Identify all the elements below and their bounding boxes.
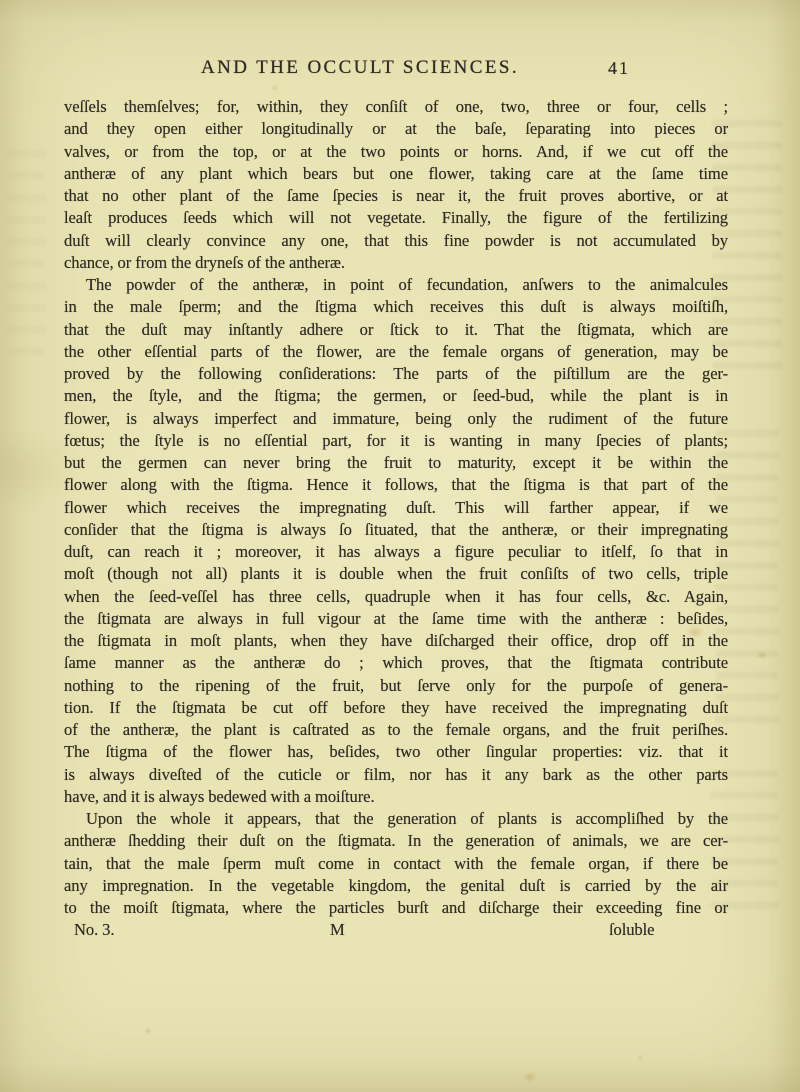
signature-mark: M [330, 919, 345, 941]
text-line: fœtus; the ſtyle is no eſſential part, f… [64, 430, 728, 452]
text-line: tain, that the male ſperm muſt come in c… [64, 853, 728, 875]
issue-number: No. 3. [74, 919, 114, 941]
text-line: ſame manner as the antheræ do ; which pr… [64, 652, 728, 674]
text-line: but the germen can never bring the fruit… [64, 452, 728, 474]
text-line: is always diveſted of the cuticle or fil… [64, 764, 728, 786]
text-line: moſt (though not all) plants it is doubl… [64, 563, 728, 585]
text-line: to the moiſt ſtigmata, where the particl… [64, 897, 728, 919]
text-line: leaſt produces ſeeds which will not vege… [64, 207, 728, 229]
text-line: conſider that the ſtigma is always ſo ſi… [64, 519, 728, 541]
text-line: that no other plant of the ſame ſpecies … [64, 185, 728, 207]
text-line: and they open either longitudinally or a… [64, 118, 728, 140]
text-line: Upon the whole it appears, that the gene… [64, 808, 728, 830]
text-line: chance, or from the dryneſs of the anthe… [64, 252, 728, 274]
text-line: the ſtigmata in moſt plants, when they h… [64, 630, 728, 652]
paragraph-continued: veſſels themſelves; for, within, they co… [64, 96, 728, 274]
text-line: have, and it is always bedewed with a mo… [64, 786, 728, 808]
text-line: when the ſeed-veſſel has three cells, qu… [64, 586, 728, 608]
paragraph-upon-the-whole: Upon the whole it appears, that the gene… [64, 808, 728, 919]
text-line: any impregnation. In the vegetable kingd… [64, 875, 728, 897]
body-text: veſſels themſelves; for, within, they co… [64, 96, 728, 942]
text-line: proved by the following conſiderations: … [64, 363, 728, 385]
text-line: flower, is always imperfect and immature… [64, 408, 728, 430]
text-line: The powder of the antheræ, in point of f… [64, 274, 728, 296]
text-line: tion. If the ſtigmata be cut off before … [64, 697, 728, 719]
signature-line: No. 3. M ſoluble [64, 919, 728, 941]
text-line: men, the ſtyle, and the ſtigma; the germ… [64, 385, 728, 407]
text-line: nothing to the ripening of the fruit, bu… [64, 675, 728, 697]
text-line: the ſtigmata are always in full vigour a… [64, 608, 728, 630]
text-line: duſt will clearly convince any one, that… [64, 230, 728, 252]
running-header: AND THE OCCULT SCIENCES. [64, 57, 656, 79]
show-through-smudge [6, 150, 46, 370]
text-line: in the male ſperm; and the ſtigma which … [64, 296, 728, 318]
text-line: the other eſſential parts of the flower,… [64, 341, 728, 363]
paragraph-powder-of-antherae: The powder of the antheræ, in point of f… [64, 274, 728, 808]
text-line: The ſtigma of the flower has, beſides, t… [64, 741, 728, 763]
text-line: flower along with the ſtigma. Hence it f… [64, 474, 728, 496]
text-line: antheræ of any plant which bears but one… [64, 163, 728, 185]
text-line: veſſels themſelves; for, within, they co… [64, 96, 728, 118]
text-line: flower which receives the impregnating d… [64, 497, 728, 519]
text-line: duſt, can reach it ; moreover, it has al… [64, 541, 728, 563]
book-page: AND THE OCCULT SCIENCES. 41 veſſels them… [0, 0, 800, 1092]
text-line: that the duſt may inſtantly adhere or ſt… [64, 319, 728, 341]
text-line: valves, or from the top, or at the two p… [64, 141, 728, 163]
text-line: antheræ ſhedding their duſt on the ſtigm… [64, 830, 728, 852]
text-line: of the antheræ, the plant is caſtrated a… [64, 719, 728, 741]
page-number: 41 [608, 58, 648, 79]
catchword: ſoluble [609, 919, 654, 941]
